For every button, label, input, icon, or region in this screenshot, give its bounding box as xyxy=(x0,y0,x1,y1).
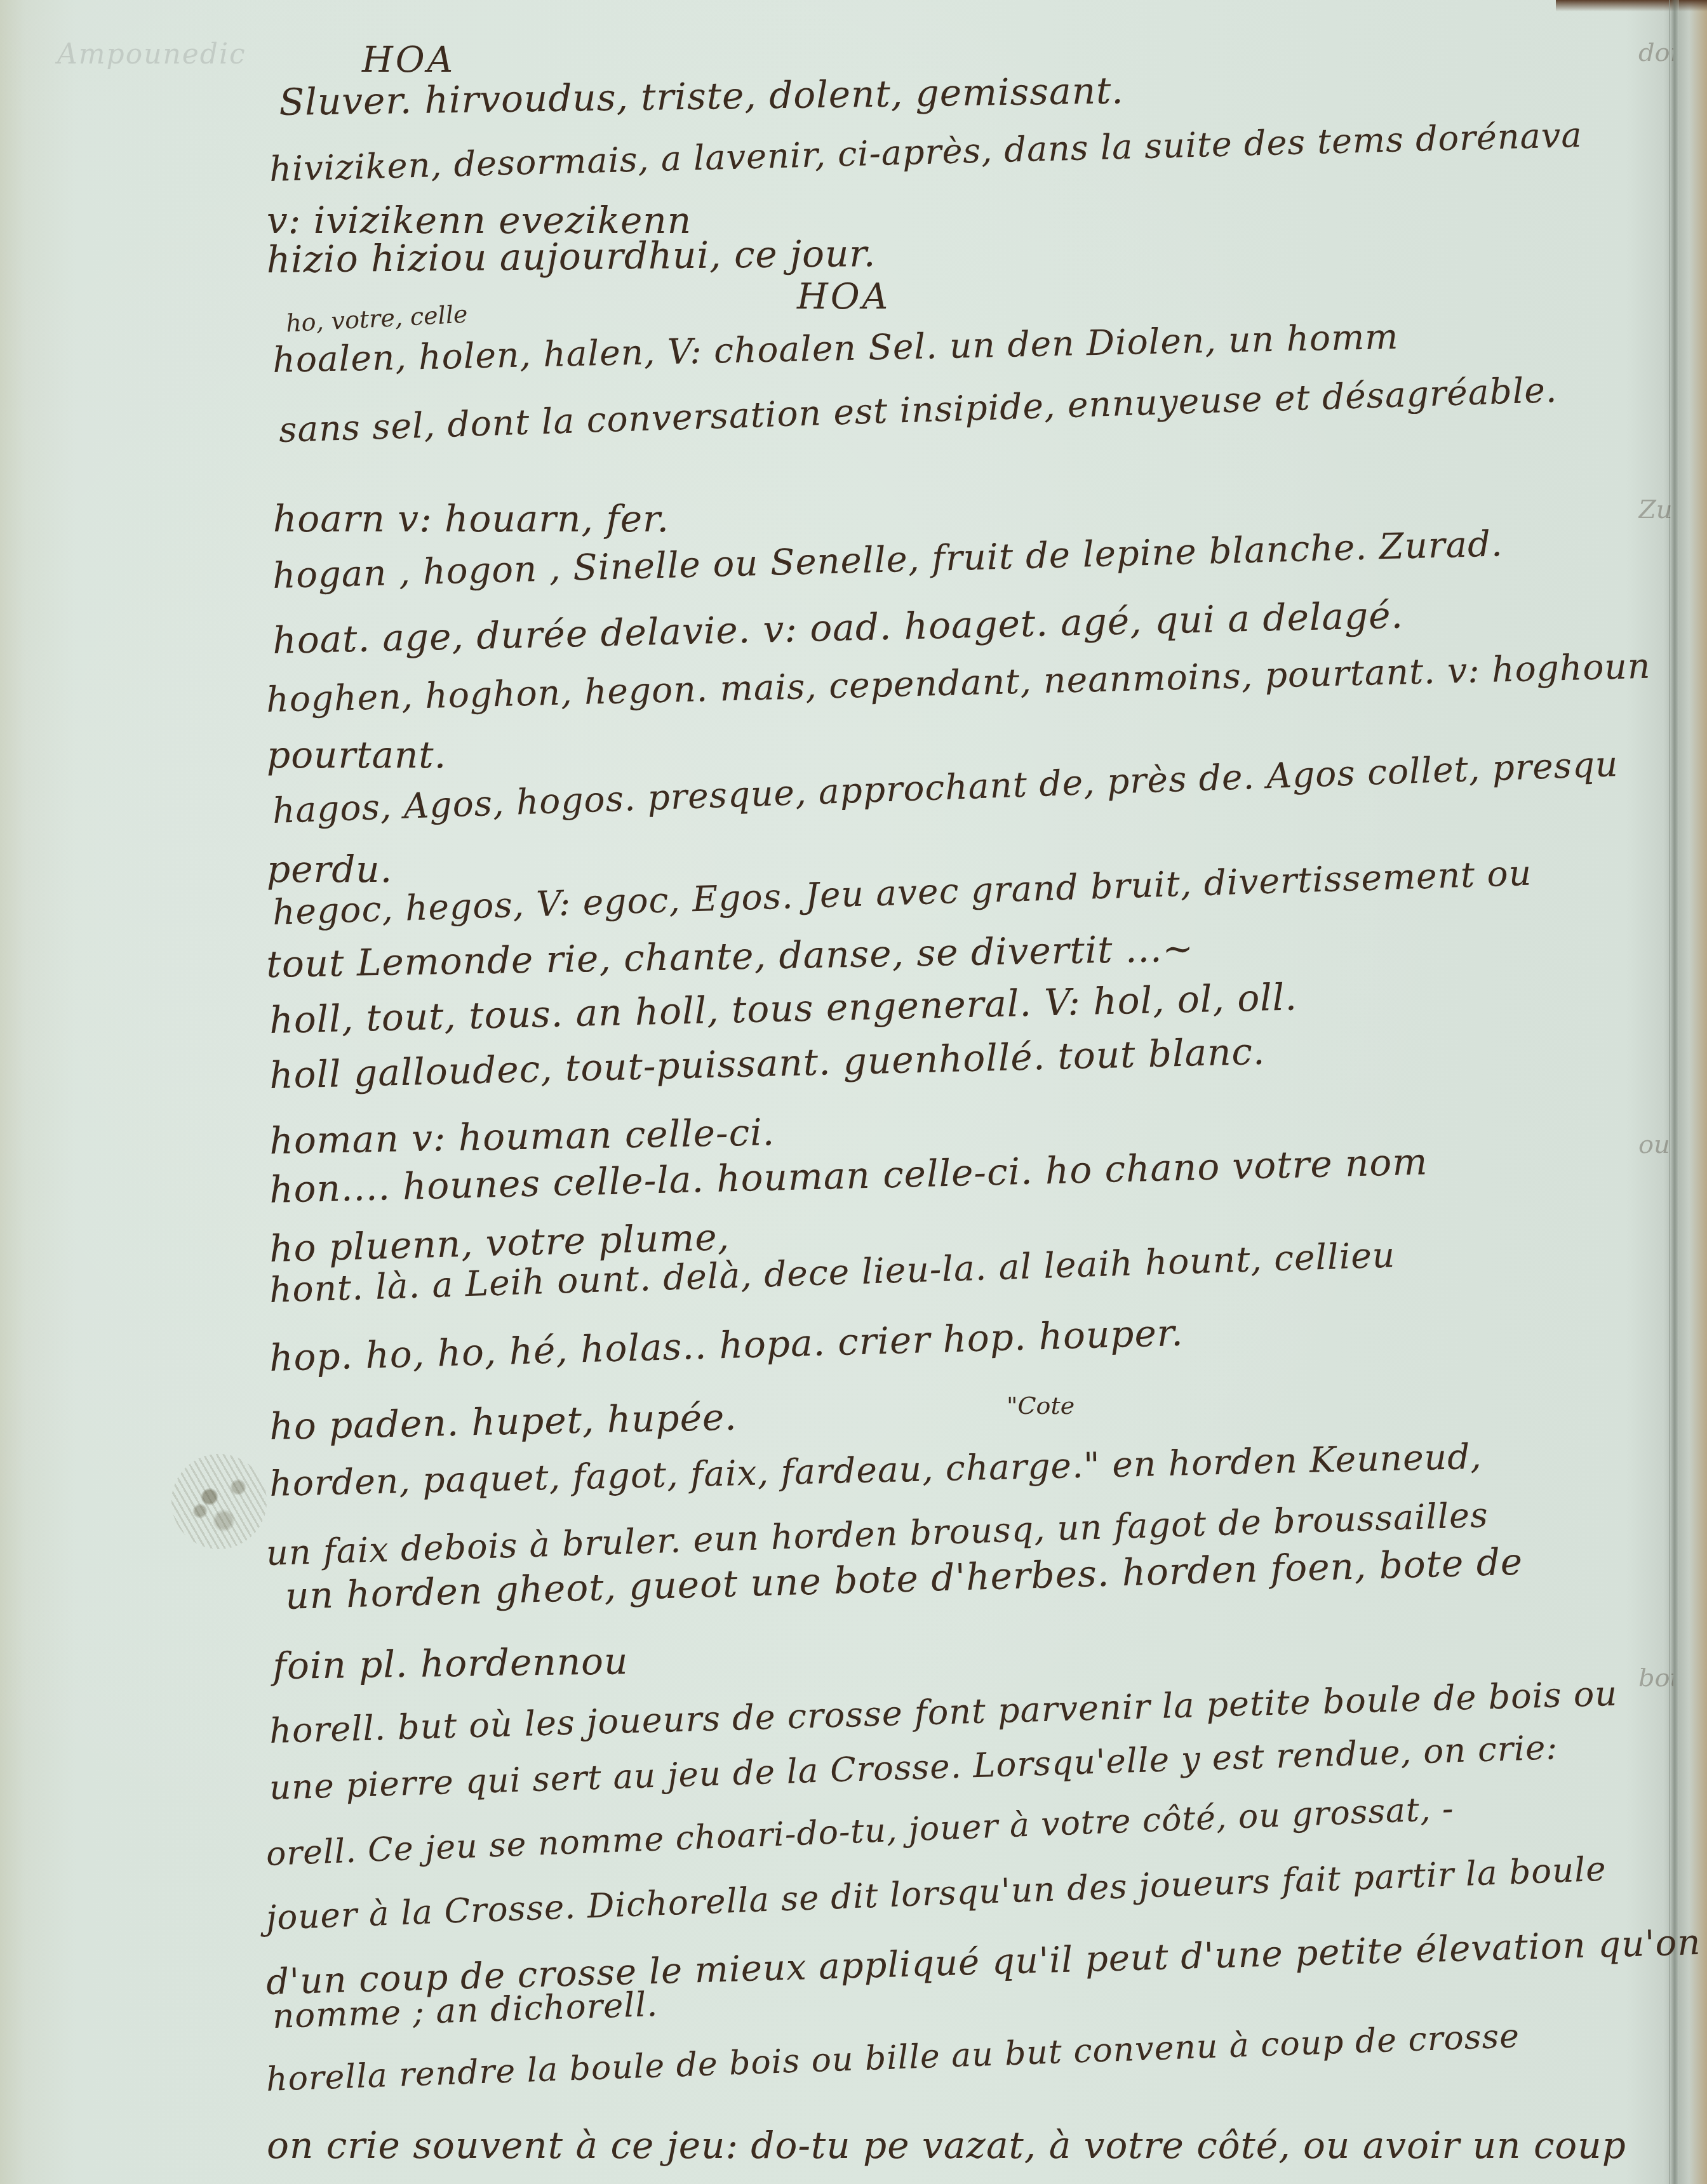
entry-line: horden, paquet, fagot, faix, fardeau, ch… xyxy=(269,1439,1483,1501)
entry-line: v: ivizikenn evezikenn xyxy=(267,202,692,239)
binding-top-edge xyxy=(1556,0,1707,11)
entry-line: pourtant. xyxy=(267,736,446,773)
entry-line: holl, tout, tous. an holl, tous engenera… xyxy=(269,978,1298,1039)
adjacent-page-fragment: ou xyxy=(1638,1130,1673,1159)
entry-line: tout Lemonde rie, chante, danse, se dive… xyxy=(266,930,1194,983)
entry-line: hoarn v: houarn, fer. xyxy=(273,500,669,537)
section-header-hoa-1: HOA xyxy=(362,39,455,81)
entry-line: foin pl. hordennou xyxy=(272,1642,628,1684)
manuscript-page: Ampounedic HOA Sluver. hirvoudus, triste… xyxy=(0,0,1707,2184)
entry-line: horella rendre la boule de bois ou bille… xyxy=(265,2020,1520,2096)
entry-superscript: "Cote xyxy=(1007,1392,1074,1420)
ghost-text-top-left: Ampounedic xyxy=(57,38,246,70)
section-header-hoa-2: HOA xyxy=(797,276,890,317)
page-spine-fold xyxy=(1669,0,1679,2184)
entry-line: homan v: houman celle-ci. xyxy=(269,1114,775,1159)
entry-line: hagos, Agos, hogos. presque, approchant … xyxy=(272,747,1619,829)
entry-line: hizio hiziou aujourdhui, ce jour. xyxy=(266,235,876,278)
entry-line: hiviziken, desormais, a lavenir, ci-aprè… xyxy=(269,118,1583,187)
entry-line: Sluver. hirvoudus, triste, dolent, gemis… xyxy=(279,72,1124,121)
entry-line: perdu. xyxy=(267,851,392,888)
entry-superscript: ho, votre, celle xyxy=(285,300,468,338)
entry-line: d'un coup de crosse le mieux appliqué qu… xyxy=(265,1925,1701,2001)
entry-line: hegoc, hegos, V: egoc, Egos. Jeu avec gr… xyxy=(272,856,1532,930)
adjacent-page-fragment: bote de xyxy=(1638,1663,1673,1693)
ink-blot xyxy=(171,1454,267,1549)
entry-line: hoat. age, durée delavie. v: oad. hoaget… xyxy=(272,597,1404,659)
entry-line: hop. ho, ho, hé, holas.. hopa. crier hop… xyxy=(269,1314,1184,1376)
entry-line: orell. Ce jeu se nomme choari-do-tu, jou… xyxy=(265,1792,1454,1871)
entry-line: hoghen, hoghon, hegon. mais, cependant, … xyxy=(266,649,1651,717)
entry-line: ho paden. hupet, hupée. xyxy=(269,1399,737,1445)
entry-line: sans sel, dont la conversation est insip… xyxy=(278,373,1558,448)
adjacent-page-fragment: dorénava xyxy=(1638,38,1673,67)
adjacent-page-fragment: Zura. xyxy=(1638,495,1673,524)
entry-line: holl galloudec, tout-puissant. guenhollé… xyxy=(269,1033,1266,1094)
entry-line: on crie souvent à ce jeu: do-tu pe vazat… xyxy=(267,2127,1626,2164)
